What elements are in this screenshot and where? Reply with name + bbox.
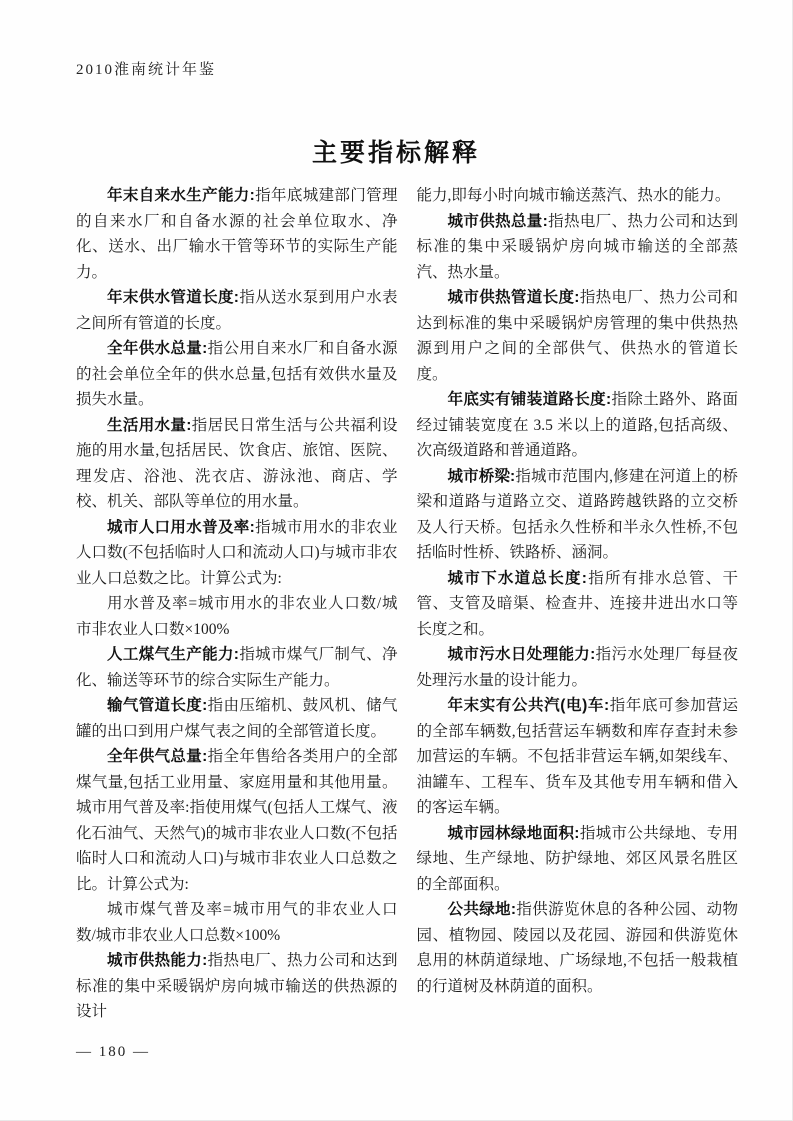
continuation-paragraph: 能力,即每小时向城市输送蒸汽、热水的能力。 (417, 183, 739, 209)
definition-paragraph: 年末自来水生产能力:指年底城建部门管理的自来水厂和自备水源的社会单位取水、净化、… (76, 183, 398, 285)
document-page: 2010淮南统计年鉴 主要指标解释 年末自来水生产能力:指年底城建部门管理的自来… (0, 0, 793, 1121)
page-title: 主要指标解释 (0, 133, 792, 169)
definition-paragraph: 城市供热管道长度:指热电厂、热力公司和达到标准的集中采暖锅炉房管理的集中供热热源… (417, 285, 739, 387)
definition-paragraph: 城市供热能力:指热电厂、热力公司和达到标准的集中采暖锅炉房向城市输送的供热源的设… (76, 948, 398, 1025)
term-label: 全年供气总量: (107, 748, 207, 765)
definition-paragraph: 年末供水管道长度:指从送水泵到用户水表之间所有管道的长度。 (76, 285, 398, 336)
term-label: 城市桥梁: (448, 468, 516, 485)
term-label: 人工煤气生产能力: (107, 646, 239, 663)
term-label: 年底实有铺装道路长度: (448, 391, 612, 408)
term-label: 生活用水量: (107, 417, 191, 434)
term-label: 年末自来水生产能力: (107, 187, 255, 204)
term-label: 全年供水总量: (107, 340, 207, 357)
running-header: 2010淮南统计年鉴 (76, 58, 216, 79)
definition-text: 指全年售给各类用户的全部煤气量,包括工业用量、家庭用量和其他用量。城市用气普及率… (76, 748, 398, 893)
term-label: 城市人口用水普及率: (107, 519, 255, 536)
definition-paragraph: 公共绿地:指供游览休息的各种公园、动物园、植物园、陵园以及花园、游园和供游览休息… (417, 897, 739, 999)
definition-paragraph: 城市下水道总长度:指所有排水总管、干管、支管及暗渠、检查井、连接井进出水口等长度… (417, 566, 739, 643)
definition-paragraph: 人工煤气生产能力:指城市煤气厂制气、净化、输送等环节的综合实际生产能力。 (76, 642, 398, 693)
definition-text: 能力,即每小时向城市输送蒸汽、热水的能力。 (417, 187, 731, 204)
definition-text: 城市煤气普及率=城市用气的非农业人口数/城市非农业人口总数×100% (76, 901, 398, 944)
definition-paragraph: 生活用水量:指居民日常生活与公共福利设施的用水量,包括居民、饮食店、旅馆、医院、… (76, 413, 398, 515)
right-column: 能力,即每小时向城市输送蒸汽、热水的能力。城市供热总量:指热电厂、热力公司和达到… (417, 183, 739, 1025)
definition-paragraph: 年底实有铺装道路长度:指除土路外、路面经过铺装宽度在 3.5 米以上的道路,包括… (417, 387, 739, 464)
term-label: 公共绿地: (448, 901, 517, 918)
definition-paragraph: 全年供水总量:指公用自来水厂和自备水源的社会单位全年的供水总量,包括有效供水量及… (76, 336, 398, 413)
formula-paragraph: 用水普及率=城市用水的非农业人口数/城市非农业人口数×100% (76, 591, 398, 642)
left-column: 年末自来水生产能力:指年底城建部门管理的自来水厂和自备水源的社会单位取水、净化、… (76, 183, 398, 1025)
term-label: 城市下水道总长度: (448, 570, 587, 587)
definition-paragraph: 输气管道长度:指由压缩机、鼓风机、储气罐的出口到用户煤气表之间的全部管道长度。 (76, 693, 398, 744)
text-columns: 年末自来水生产能力:指年底城建部门管理的自来水厂和自备水源的社会单位取水、净化、… (76, 183, 738, 1025)
definition-paragraph: 城市园林绿地面积:指城市公共绿地、专用绿地、生产绿地、防护绿地、郊区风景名胜区的… (417, 821, 739, 898)
definition-text: 用水普及率=城市用水的非农业人口数/城市非农业人口数×100% (76, 595, 398, 638)
term-label: 城市供热能力: (107, 952, 207, 969)
term-label: 年末实有公共汽(电)车: (448, 697, 610, 714)
definition-paragraph: 全年供气总量:指全年售给各类用户的全部煤气量,包括工业用量、家庭用量和其他用量。… (76, 744, 398, 897)
definition-paragraph: 城市供热总量:指热电厂、热力公司和达到标准的集中采暖锅炉房向城市输送的全部蒸汽、… (417, 209, 739, 286)
term-label: 城市供热管道长度: (448, 289, 580, 306)
term-label: 输气管道长度: (107, 697, 207, 714)
term-label: 城市污水日处理能力: (448, 646, 596, 663)
term-label: 城市供热总量: (448, 213, 548, 230)
definition-paragraph: 城市污水日处理能力:指污水处理厂每昼夜处理污水量的设计能力。 (417, 642, 739, 693)
definition-text: 指年底可参加营运的全部车辆数,包括营运车辆数和库存查封未参加营运的车辆。不包括非… (417, 697, 739, 816)
definition-paragraph: 年末实有公共汽(电)车:指年底可参加营运的全部车辆数,包括营运车辆数和库存查封未… (417, 693, 739, 821)
page-number: — 180 — (76, 1044, 150, 1061)
term-label: 年末供水管道长度: (107, 289, 239, 306)
formula-paragraph: 城市煤气普及率=城市用气的非农业人口数/城市非农业人口总数×100% (76, 897, 398, 948)
definition-paragraph: 城市桥梁:指城市范围内,修建在河道上的桥梁和道路与道路立交、道路跨越铁路的立交桥… (417, 464, 739, 566)
definition-paragraph: 城市人口用水普及率:指城市用水的非农业人口数(不包括临时人口和流动人口)与城市非… (76, 515, 398, 592)
term-label: 城市园林绿地面积: (448, 825, 580, 842)
